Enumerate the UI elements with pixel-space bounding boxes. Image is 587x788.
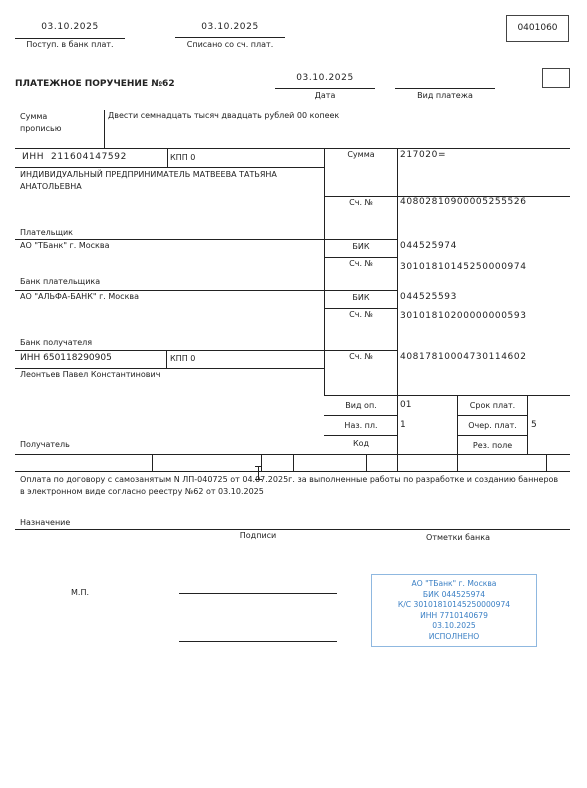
received-date: 03.10.2025 — [15, 22, 125, 32]
divider — [15, 529, 570, 530]
payee-bank-bik: 044525593 — [400, 292, 457, 302]
form-code: 0401060 — [506, 15, 569, 42]
purpose-code-label: Наз. пл. — [325, 421, 397, 430]
debited-date: 03.10.2025 — [175, 22, 285, 32]
stamp-bank-name: АО "ТБанк" г. Москва — [372, 579, 536, 590]
divider — [15, 239, 397, 240]
bank-marks-label: Отметки банка — [408, 533, 508, 542]
priority-value: 5 — [531, 420, 537, 430]
amount-words-label-1: Сумма — [20, 111, 61, 123]
payee-bank-account-label: Сч. № — [325, 310, 397, 319]
debited-label: Списано со сч. плат. — [175, 40, 285, 49]
divider — [457, 415, 527, 416]
divider — [175, 37, 285, 38]
payee-name: Леонтьев Павел Константинович — [20, 370, 160, 379]
stamp-corr-account: К/С 30101810145250000974 — [372, 600, 536, 611]
tax-field-divider — [366, 454, 367, 471]
amount-words-label: Сумма прописью — [20, 111, 61, 135]
divider — [324, 257, 397, 258]
payer-bank-bik: 044525974 — [400, 241, 457, 251]
divider — [15, 290, 397, 291]
payee-bank-name: АО "АЛЬФА-БАНК" г. Москва — [20, 292, 139, 301]
tax-field-divider — [546, 454, 547, 471]
page-title: ПЛАТЕЖНОЕ ПОРУЧЕНИЕ №62 — [15, 79, 175, 89]
payee-account: 40817810004730114602 — [400, 352, 527, 362]
payment-type-label: Вид платежа — [395, 91, 495, 100]
payer-account-label: Сч. № — [325, 198, 397, 207]
stamp-inn: ИНН 7710140679 — [372, 611, 536, 622]
divider — [15, 148, 570, 149]
amount-words-label-2: прописью — [20, 123, 61, 135]
payer-inn-value: 211604147592 — [51, 152, 127, 162]
divider — [15, 167, 324, 168]
date-label: Дата — [275, 91, 375, 100]
stamp-date: 03.10.2025 — [372, 621, 536, 632]
purpose-code-value: 1 — [400, 420, 406, 430]
payer-kpp-value: 0 — [190, 153, 195, 162]
term-label: Срок плат. — [458, 401, 527, 410]
payer-name: ИНДИВИДУАЛЬНЫЙ ПРЕДПРИНИМАТЕЛЬ МАТВЕЕВА … — [20, 169, 310, 192]
divider — [15, 471, 570, 472]
reserve-label: Рез. поле — [458, 441, 527, 450]
payee-bank-bik-label: БИК — [325, 293, 397, 302]
payer-bank-label: Банк плательщика — [20, 277, 100, 286]
payer-bank-account-label: Сч. № — [325, 259, 397, 268]
payee-inn: ИНН 650118290905 — [20, 353, 112, 363]
divider — [324, 395, 570, 396]
payee-bank-label: Банк получателя — [20, 338, 92, 347]
stamp-bik: БИК 044525974 — [372, 590, 536, 601]
divider — [324, 415, 397, 416]
payer-kpp: КПП 0 — [170, 153, 195, 162]
priority-label: Очер. плат. — [458, 421, 527, 430]
seal-label: М.П. — [71, 588, 89, 597]
payment-purpose-line-2: в электронном виде согласно реестру №62 … — [20, 486, 580, 498]
purpose-label: Назначение — [20, 518, 70, 527]
tax-field-divider — [152, 454, 153, 471]
op-type-value: 01 — [400, 400, 411, 410]
payment-purpose: Оплата по договору с самозанятым N ЛП-04… — [20, 474, 580, 498]
field-101-box — [542, 68, 570, 88]
divider — [104, 110, 105, 148]
payee-account-label: Сч. № — [325, 352, 397, 361]
divider — [324, 435, 397, 436]
payer-inn-label: ИНН — [22, 152, 44, 162]
bank-stamp: АО "ТБанк" г. Москва БИК 044525974 К/С 3… — [371, 574, 537, 647]
payee-bank-account: 30101810200000000593 — [400, 311, 527, 321]
payee-kpp: КПП 0 — [170, 354, 195, 363]
divider — [275, 88, 375, 89]
divider — [15, 350, 397, 351]
payer-account: 40802810900005255526 — [400, 197, 527, 207]
divider — [457, 435, 527, 436]
payer-bank-account: 30101810145250000974 — [400, 262, 527, 272]
divider — [167, 148, 168, 167]
divider — [395, 88, 495, 89]
payer-bank-bik-label: БИК — [325, 242, 397, 251]
payee-label: Получатель — [20, 440, 70, 449]
code-label: Код — [325, 439, 397, 448]
divider — [324, 308, 397, 309]
payer-label: Плательщик — [20, 228, 73, 237]
tax-field-divider — [293, 454, 294, 471]
divider — [15, 368, 324, 369]
signature-line-2 — [179, 641, 337, 642]
text-cursor-icon — [255, 465, 263, 481]
divider — [15, 38, 125, 39]
signatures-label: Подписи — [208, 531, 308, 540]
op-type-label: Вид оп. — [325, 401, 397, 410]
received-label: Поступ. в банк плат. — [15, 40, 125, 49]
payer-amount-label: Сумма — [325, 150, 397, 159]
payer-kpp-label: КПП — [170, 153, 188, 162]
payer-amount: 217020= — [400, 150, 446, 160]
payer-bank-name: АО "ТБанк" г. Москва — [20, 241, 110, 250]
payer-inn: ИНН 211604147592 — [22, 152, 127, 162]
divider — [527, 395, 528, 455]
divider — [166, 350, 167, 368]
amount-words-value: Двести семнадцать тысяч двадцать рублей … — [108, 111, 339, 120]
stamp-status: ИСПОЛНЕНО — [372, 632, 536, 643]
payment-purpose-line-1: Оплата по договору с самозанятым N ЛП-04… — [20, 474, 580, 486]
document-date: 03.10.2025 — [275, 73, 375, 83]
signature-line-1 — [179, 593, 337, 594]
